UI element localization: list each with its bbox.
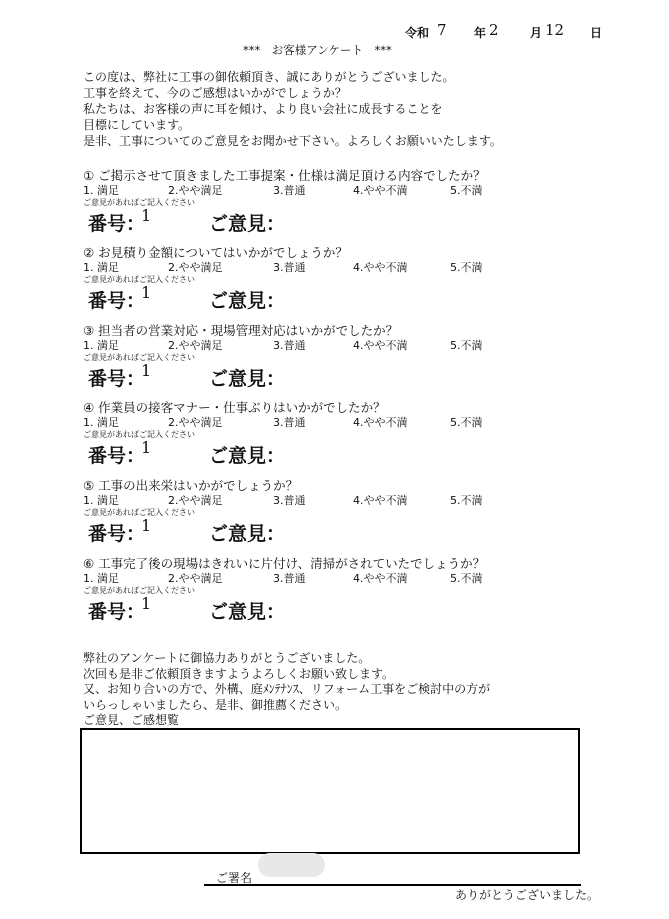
- option-4[interactable]: 4.やや不満: [353, 492, 408, 508]
- option-5[interactable]: 5.不満: [450, 259, 483, 275]
- survey-title: *** お客様アンケート ***: [243, 42, 392, 58]
- intro-line: 是非、工事についてのご意見をお聞かせ下さい。よろしくお願いいたします。: [83, 133, 502, 149]
- number-label: 番号：: [88, 209, 145, 236]
- question-section-5: ⑤ 工事の出来栄はいかがでしょうか？ 1. 満足 2.やや満足 3.普通 4.や…: [83, 476, 583, 553]
- intro-line: 私たちは、お客様の声に耳を傾け、より良い会社に成長することを: [83, 101, 502, 117]
- option-2[interactable]: 2.やや満足: [168, 414, 223, 430]
- closing-line: 又、お知り合いの方で、外構、庭ﾒﾝﾃﾅﾝｽ、リフォーム工事をご検討中の方が: [83, 682, 490, 698]
- number-value[interactable]: 1: [141, 361, 151, 380]
- intro-text: この度は、弊社に工事の御依頼頂き、誠にありがとうございました。 工事を終えて、今…: [83, 69, 502, 149]
- closing-text: 弊社のアンケートに御協力ありがとうございました。 次回も是非ご依頼頂きますようよ…: [83, 651, 490, 729]
- opinion-label: ご意見：: [209, 364, 285, 391]
- comment-hint: ご意見があればご記入ください: [83, 585, 195, 596]
- question-section-1: ① ご掲示させて頂きました工事提案・仕様は満足頂ける内容でしたか？ 1. 満足 …: [83, 166, 583, 243]
- date-year: 7: [437, 21, 447, 39]
- number-value[interactable]: 1: [141, 594, 151, 613]
- opinion-label: ご意見：: [209, 286, 285, 313]
- option-3[interactable]: 3.普通: [273, 259, 306, 275]
- comment-hint: ご意見があればご記入ください: [83, 197, 195, 208]
- option-2[interactable]: 2.やや満足: [168, 570, 223, 586]
- comment-hint: ご意見があればご記入ください: [83, 507, 195, 518]
- option-4[interactable]: 4.やや不満: [353, 259, 408, 275]
- number-label: 番号：: [88, 597, 145, 624]
- number-label: 番号：: [88, 519, 145, 546]
- option-5[interactable]: 5.不満: [450, 570, 483, 586]
- option-4[interactable]: 4.やや不満: [353, 570, 408, 586]
- option-3[interactable]: 3.普通: [273, 182, 306, 198]
- closing-line: 弊社のアンケートに御協力ありがとうございました。: [83, 651, 490, 667]
- number-label: 番号：: [88, 364, 145, 391]
- option-5[interactable]: 5.不満: [450, 337, 483, 353]
- thanks-text: ありがとうございました。: [455, 886, 599, 903]
- number-value[interactable]: 1: [141, 283, 151, 302]
- closing-line: いらっしゃいましたら、是非、御推薦ください。: [83, 698, 490, 714]
- question-section-4: ④ 作業員の接客マナー・仕事ぶりはいかがでしたか？ 1. 満足 2.やや満足 3…: [83, 398, 583, 475]
- option-1[interactable]: 1. 満足: [83, 337, 119, 353]
- closing-line: 次回も是非ご依頼頂きますようよろしくお願い致します。: [83, 667, 490, 683]
- date-day-unit: 日: [590, 24, 602, 41]
- question-section-2: ② お見積り金額についてはいかがでしょうか？ 1. 満足 2.やや満足 3.普通…: [83, 243, 583, 320]
- option-4[interactable]: 4.やや不満: [353, 337, 408, 353]
- option-1[interactable]: 1. 満足: [83, 182, 119, 198]
- opinion-label: ご意見：: [209, 209, 285, 236]
- question-text: ③ 担当者の営業対応・現場管理対応はいかがでしたか？: [83, 321, 398, 339]
- date-year-unit: 年: [474, 24, 486, 41]
- number-value[interactable]: 1: [141, 516, 151, 535]
- intro-line: 目標にしています。: [83, 117, 502, 133]
- comment-hint: ご意見があればご記入ください: [83, 352, 195, 363]
- option-2[interactable]: 2.やや満足: [168, 337, 223, 353]
- option-4[interactable]: 4.やや不満: [353, 182, 408, 198]
- option-5[interactable]: 5.不満: [450, 182, 483, 198]
- question-section-6: ⑥ 工事完了後の現場はきれいに片付け、清掃がされていたでしょうか？ 1. 満足 …: [83, 554, 583, 631]
- signature-redaction: [258, 853, 325, 877]
- number-label: 番号：: [88, 286, 145, 313]
- option-1[interactable]: 1. 満足: [83, 259, 119, 275]
- date-month: 2: [489, 21, 499, 39]
- date-era: 令和: [405, 24, 429, 41]
- option-2[interactable]: 2.やや満足: [168, 182, 223, 198]
- question-section-3: ③ 担当者の営業対応・現場管理対応はいかがでしたか？ 1. 満足 2.やや満足 …: [83, 321, 583, 398]
- option-1[interactable]: 1. 満足: [83, 492, 119, 508]
- option-2[interactable]: 2.やや満足: [168, 259, 223, 275]
- comment-hint: ご意見があればご記入ください: [83, 274, 195, 285]
- option-1[interactable]: 1. 満足: [83, 414, 119, 430]
- number-label: 番号：: [88, 441, 145, 468]
- date-day: 12: [545, 21, 564, 39]
- option-2[interactable]: 2.やや満足: [168, 492, 223, 508]
- opinion-label: ご意見：: [209, 441, 285, 468]
- comments-heading: ご意見、ご感想覧: [83, 713, 490, 729]
- comment-box[interactable]: [80, 728, 580, 854]
- option-5[interactable]: 5.不満: [450, 492, 483, 508]
- number-value[interactable]: 1: [141, 438, 151, 457]
- opinion-label: ご意見：: [209, 519, 285, 546]
- option-4[interactable]: 4.やや不満: [353, 414, 408, 430]
- question-text: ④ 作業員の接客マナー・仕事ぶりはいかがでしたか？: [83, 398, 386, 416]
- intro-line: 工事を終えて、今のご感想はいかがでしょうか？: [83, 85, 502, 101]
- number-value[interactable]: 1: [141, 206, 151, 225]
- option-1[interactable]: 1. 満足: [83, 570, 119, 586]
- date-month-unit: 月: [530, 24, 542, 41]
- comment-hint: ご意見があればご記入ください: [83, 429, 195, 440]
- option-3[interactable]: 3.普通: [273, 337, 306, 353]
- option-3[interactable]: 3.普通: [273, 492, 306, 508]
- option-5[interactable]: 5.不満: [450, 414, 483, 430]
- option-3[interactable]: 3.普通: [273, 570, 306, 586]
- intro-line: この度は、弊社に工事の御依頼頂き、誠にありがとうございました。: [83, 69, 502, 85]
- opinion-label: ご意見：: [209, 597, 285, 624]
- option-3[interactable]: 3.普通: [273, 414, 306, 430]
